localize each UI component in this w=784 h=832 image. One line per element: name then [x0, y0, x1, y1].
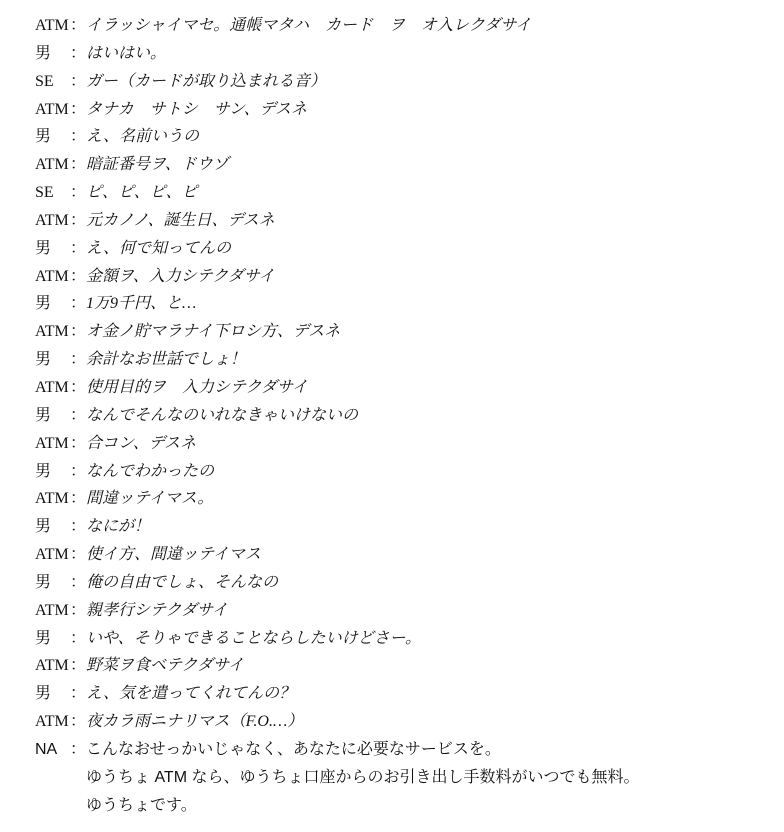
colon-separator: ：	[70, 235, 86, 263]
dialogue-line: 男 ： 余計なお世話でしょ！	[35, 346, 774, 374]
colon-separator: ：	[70, 458, 86, 486]
dialogue-text: 金額ヲ、入力シテクダサイ	[86, 263, 275, 291]
colon-separator: ：	[70, 179, 86, 207]
colon-separator: ：	[70, 151, 86, 179]
speaker-label: ATM	[35, 374, 70, 402]
dialogue-text: 1万9千円、と…	[86, 290, 196, 318]
dialogue-line: 男 ： いや、そりゃできることならしたいけどさー。	[35, 625, 774, 653]
dialogue-text: なにが！	[86, 513, 150, 541]
dialogue-line: ゆうちょです。	[35, 792, 774, 820]
dialogue-text: え、何で知ってんの	[86, 235, 231, 263]
dialogue-line: ATM ： 金額ヲ、入力シテクダサイ	[35, 263, 774, 291]
colon-separator: ：	[70, 652, 86, 680]
dialogue-text: え、名前いうの	[86, 123, 199, 151]
dialogue-text: なんでそんなのいれなきゃいけないの	[86, 402, 358, 430]
dialogue-line: 男 ： え、何で知ってんの	[35, 235, 774, 263]
dialogue-text: 夜カラ雨ニナリマス（F.O.…）	[86, 708, 303, 736]
colon-separator: ：	[70, 68, 86, 96]
speaker-label: 男	[35, 346, 70, 374]
speaker-label: SE	[35, 68, 70, 96]
speaker-label: NA	[35, 736, 70, 764]
colon-separator: ：	[70, 374, 86, 402]
dialogue-text: いや、そりゃできることならしたいけどさー。	[86, 625, 421, 653]
dialogue-line: ATM ： 野菜ヲ食ベテクダサイ	[35, 652, 774, 680]
colon-separator: ：	[70, 430, 86, 458]
dialogue-line: ATM ： 元カノノ、誕生日、デスネ	[35, 207, 774, 235]
dialogue-line: SE ： ピ、ピ、ピ、ピ	[35, 179, 774, 207]
speaker-label: ATM	[35, 151, 70, 179]
colon-separator: ：	[70, 96, 86, 124]
colon-separator: ：	[70, 485, 86, 513]
dialogue-text: オ金ノ貯マラナイ下ロシ方、デスネ	[86, 318, 340, 346]
colon-separator: ：	[70, 402, 86, 430]
dialogue-line: ゆうちょ ATM なら、ゆうちょ口座からのお引き出し手数料がいつでも無料。	[35, 764, 774, 792]
dialogue-text: 元カノノ、誕生日、デスネ	[86, 207, 275, 235]
colon-separator: ：	[70, 680, 86, 708]
colon-separator: ：	[70, 513, 86, 541]
dialogue-line: 男 ： え、名前いうの	[35, 123, 774, 151]
speaker-label: 男	[35, 625, 70, 653]
dialogue-text: 使用目的ヲ 入力シテクダサイ	[86, 374, 308, 402]
colon-separator: ：	[70, 123, 86, 151]
colon-separator: ：	[70, 318, 86, 346]
dialogue-line: 男 ： 1万9千円、と…	[35, 290, 774, 318]
dialogue-line: 男 ： え、気を遣ってくれてんの？	[35, 680, 774, 708]
speaker-label: ATM	[35, 485, 70, 513]
dialogue-line: ATM ： 合コン、デスネ	[35, 430, 774, 458]
dialogue-text: 暗証番号ヲ、ドウゾ	[86, 151, 229, 179]
speaker-label: ATM	[35, 207, 70, 235]
dialogue-line: 男 ： なんでそんなのいれなきゃいけないの	[35, 402, 774, 430]
colon-separator: ：	[70, 708, 86, 736]
speaker-label: 男	[35, 40, 70, 68]
dialogue-line: ATM ： 間違ッテイマス。	[35, 485, 774, 513]
colon-separator: ：	[70, 736, 86, 764]
speaker-label: ATM	[35, 263, 70, 291]
speaker-label: ATM	[35, 430, 70, 458]
dialogue-text: 合コン、デスネ	[86, 430, 196, 458]
speaker-label: ATM	[35, 541, 70, 569]
dialogue-line: 男 ： はいはい。	[35, 40, 774, 68]
dialogue-line: SE ： ガー（カードが取り込まれる音）	[35, 68, 774, 96]
speaker-label: 男	[35, 290, 70, 318]
dialogue-text: ガー（カードが取り込まれる音）	[86, 68, 326, 96]
dialogue-line: ATM ： タナカ サトシ サン、デスネ	[35, 96, 774, 124]
colon-separator: ：	[70, 597, 86, 625]
speaker-label: ATM	[35, 318, 70, 346]
dialogue-text: 間違ッテイマス。	[86, 485, 213, 513]
dialogue-text: タナカ サトシ サン、デスネ	[86, 96, 307, 124]
colon-separator: ：	[70, 12, 86, 40]
colon-separator: ：	[70, 290, 86, 318]
speaker-label: ATM	[35, 12, 70, 40]
speaker-label: ATM	[35, 652, 70, 680]
dialogue-list: ATM ： イラッシャイマセ。通帳マタハ カード ヲ オ入レクダサイ 男 ： は…	[35, 12, 774, 819]
colon-separator: ：	[70, 569, 86, 597]
colon-separator: ：	[70, 625, 86, 653]
dialogue-line: 男 ： なにが！	[35, 513, 774, 541]
dialogue-text: え、気を遣ってくれてんの？	[86, 680, 295, 708]
colon-separator: ：	[70, 263, 86, 291]
speaker-label: ATM	[35, 597, 70, 625]
dialogue-line: ATM ： 親孝行シテクダサイ	[35, 597, 774, 625]
dialogue-text: イラッシャイマセ。通帳マタハ カード ヲ オ入レクダサイ	[86, 12, 531, 40]
dialogue-line: NA ： こんなおせっかいじゃなく、あなたに必要なサービスを。	[35, 736, 774, 764]
dialogue-text: ピ、ピ、ピ、ピ	[86, 179, 198, 207]
dialogue-line: ATM ： 使イ方、間違ッテイマス	[35, 541, 774, 569]
dialogue-text: 俺の自由でしょ、そんなの	[86, 569, 278, 597]
speaker-label: 男	[35, 513, 70, 541]
dialogue-line: ATM ： 暗証番号ヲ、ドウゾ	[35, 151, 774, 179]
speaker-label: 男	[35, 458, 70, 486]
speaker-label: ATM	[35, 96, 70, 124]
dialogue-text: ゆうちょ ATM なら、ゆうちょ口座からのお引き出し手数料がいつでも無料。	[86, 764, 639, 792]
dialogue-line: ATM ： 夜カラ雨ニナリマス（F.O.…）	[35, 708, 774, 736]
dialogue-text: はいはい。	[86, 40, 166, 68]
speaker-label: 男	[35, 680, 70, 708]
dialogue-text: 使イ方、間違ッテイマス	[86, 541, 261, 569]
dialogue-text: 余計なお世話でしょ！	[86, 346, 246, 374]
script-document: ATM ： イラッシャイマセ。通帳マタハ カード ヲ オ入レクダサイ 男 ： は…	[0, 0, 784, 832]
dialogue-line: ATM ： オ金ノ貯マラナイ下ロシ方、デスネ	[35, 318, 774, 346]
colon-separator: ：	[70, 541, 86, 569]
speaker-label: ATM	[35, 708, 70, 736]
colon-separator: ：	[70, 207, 86, 235]
dialogue-line: ATM ： イラッシャイマセ。通帳マタハ カード ヲ オ入レクダサイ	[35, 12, 774, 40]
dialogue-text: 親孝行シテクダサイ	[86, 597, 228, 625]
speaker-label: 男	[35, 235, 70, 263]
dialogue-text: 野菜ヲ食ベテクダサイ	[86, 652, 244, 680]
dialogue-text: こんなおせっかいじゃなく、あなたに必要なサービスを。	[86, 736, 501, 764]
colon-separator: ：	[70, 40, 86, 68]
dialogue-line: 男 ： 俺の自由でしょ、そんなの	[35, 569, 774, 597]
dialogue-line: 男 ： なんでわかったの	[35, 458, 774, 486]
speaker-label: SE	[35, 179, 70, 207]
dialogue-line: ATM ： 使用目的ヲ 入力シテクダサイ	[35, 374, 774, 402]
dialogue-text: ゆうちょです。	[86, 792, 197, 820]
speaker-label: 男	[35, 569, 70, 597]
dialogue-text: なんでわかったの	[86, 458, 214, 486]
speaker-label: 男	[35, 123, 70, 151]
speaker-label: 男	[35, 402, 70, 430]
colon-separator: ：	[70, 346, 86, 374]
